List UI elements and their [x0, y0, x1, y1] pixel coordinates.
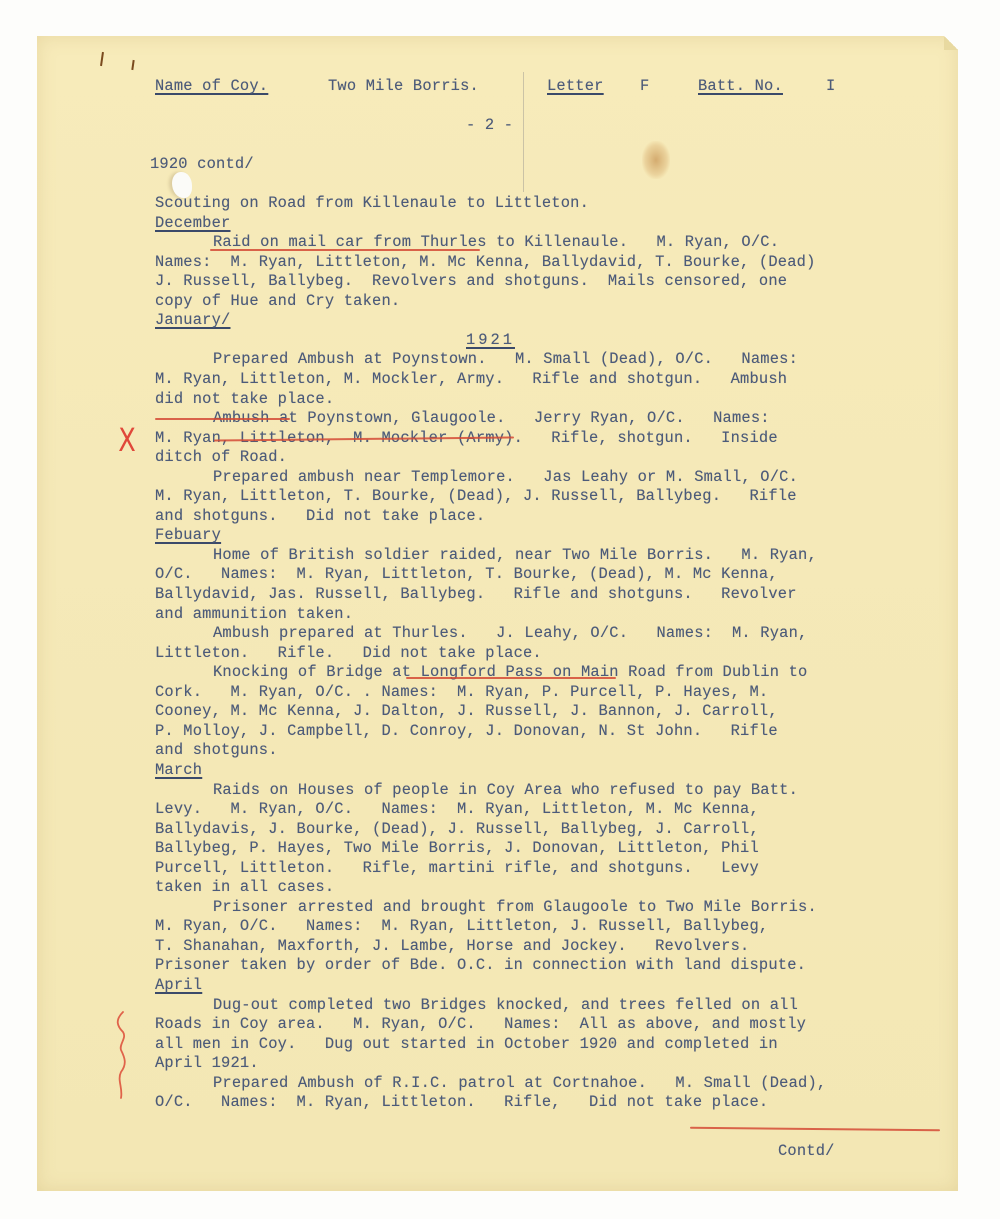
text-line: Knocking of Bridge at Longford Pass on M… [213, 663, 807, 683]
text-line: Cooney, M. Mc Kenna, J. Dalton, J. Russe… [155, 702, 778, 722]
page-number: - 2 - [466, 116, 513, 136]
text-line: Raids on Houses of people in Coy Area wh… [213, 781, 798, 801]
text-line: Littleton. Rifle. Did not take place. [155, 644, 542, 664]
text-line: did not take place. [155, 390, 334, 410]
letter-label: Letter [547, 77, 604, 97]
text-line: Levy. M. Ryan, O/C. Names: M. Ryan, Litt… [155, 800, 759, 820]
month-heading: April [155, 976, 202, 996]
text-line: O/C. Names: M. Ryan, Littleton, T. Bourk… [155, 565, 778, 585]
red-underline [155, 418, 290, 420]
batt-value: I [826, 77, 835, 97]
continued-from-note: 1920 contd/ [150, 155, 254, 175]
text-line: M. Ryan, O/C. Names: M. Ryan, Littleton,… [155, 917, 768, 937]
text-line: M. Ryan, Littleton, M. Mockler, Army. Ri… [155, 370, 787, 390]
text-line: Home of British soldier raided, near Two… [213, 546, 817, 566]
text-line: and ammunition taken. [155, 605, 353, 625]
text-line: Ballydavis, J. Bourke, (Dead), J. Russel… [155, 820, 759, 840]
red-underline [406, 677, 616, 679]
year-heading: 1921 [466, 331, 515, 351]
text-line: Scouting on Road from Killenaule to Litt… [155, 194, 589, 214]
continued-to-note: Contd/ [778, 1142, 835, 1162]
text-line: taken in all cases. [155, 878, 334, 898]
text-line: Roads in Coy area. M. Ryan, O/C. Names: … [155, 1015, 806, 1035]
text-line: and shotguns. [155, 741, 278, 761]
text-line: Cork. M. Ryan, O/C. . Names: M. Ryan, P.… [155, 683, 768, 703]
text-line: ditch of Road. [155, 448, 287, 468]
text-line: O/C. Names: M. Ryan, Littleton. Rifle, D… [155, 1093, 768, 1113]
text-line: Prepared ambush near Templemore. Jas Lea… [213, 468, 798, 488]
text-line: J. Russell, Ballybeg. Revolvers and shot… [155, 272, 787, 292]
text-line: T. Shanahan, Maxforth, J. Lambe, Horse a… [155, 937, 749, 957]
text-line: all men in Coy. Dug out started in Octob… [155, 1035, 778, 1055]
letter-value: F [640, 77, 649, 97]
month-heading: January/ [155, 311, 231, 331]
text-line: P. Molloy, J. Campbell, D. Conroy, J. Do… [155, 722, 778, 742]
batt-label: Batt. No. [698, 77, 783, 97]
text-line: M. Ryan, Littleton, T. Bourke, (Dead), J… [155, 487, 797, 507]
text-line: Dug-out completed two Bridges knocked, a… [213, 996, 798, 1016]
text-line: Ballydavid, Jas. Russell, Ballybeg. Rifl… [155, 585, 797, 605]
text-line: Prisoner arrested and brought from Glaug… [213, 898, 817, 918]
text-line: Ambush at Poynstown, Glaugoole. Jerry Ry… [213, 409, 770, 429]
text-line: Purcell, Littleton. Rifle, martini rifle… [155, 859, 759, 879]
text-line: Prisoner taken by order of Bde. O.C. in … [155, 956, 806, 976]
month-heading: Febuary [155, 526, 221, 546]
coy-value: Two Mile Borris. [328, 77, 479, 97]
text-line: April 1921. [155, 1054, 259, 1074]
text-line: Prepared Ambush at Poynstown. M. Small (… [213, 350, 798, 370]
text-line: Names: M. Ryan, Littleton, M. Mc Kenna, … [155, 253, 816, 273]
red-bracket-squiggle-icon [113, 1010, 133, 1100]
month-heading: December [155, 214, 231, 234]
text-line: copy of Hue and Cry taken. [155, 292, 400, 312]
coy-label: Name of Coy. [155, 77, 268, 97]
text-line: Ambush prepared at Thurles. J. Leahy, O/… [213, 624, 807, 644]
text-line: Ballybeg, P. Hayes, Two Mile Borris, J. … [155, 839, 759, 859]
red-underline [210, 249, 480, 251]
month-heading: March [155, 761, 202, 781]
text-line: and shotguns. Did not take place. [155, 507, 485, 527]
red-x-mark-icon: X [118, 424, 136, 456]
text-line: Prepared Ambush of R.I.C. patrol at Cort… [213, 1074, 826, 1094]
paper-fold-crease [523, 72, 524, 192]
rust-stain [642, 141, 670, 179]
